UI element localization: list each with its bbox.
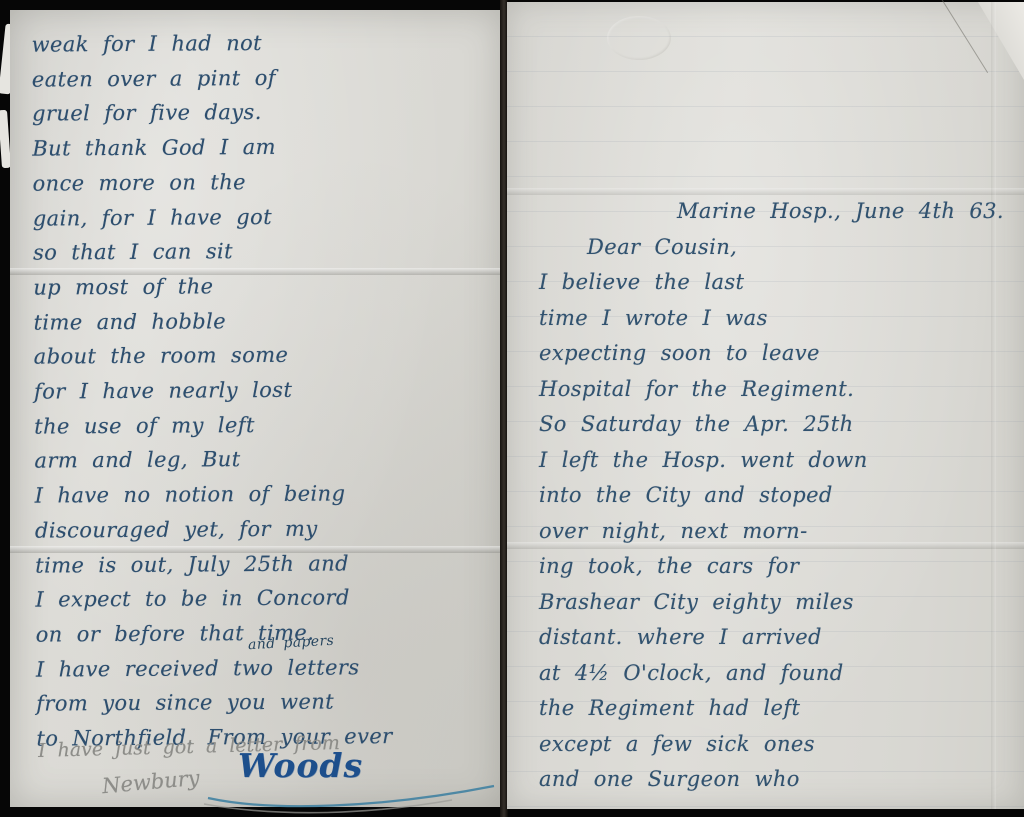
ink-line: arm and leg, But bbox=[34, 441, 490, 479]
ink-line: Brashear City eighty miles bbox=[539, 585, 1010, 621]
ink-line: from you since you went bbox=[36, 684, 492, 722]
ink-line: for I have nearly lost bbox=[34, 371, 490, 409]
letter-dateline: Marine Hosp., June 4th 63. bbox=[539, 194, 1010, 230]
ink-line: I left the Hosp. went down bbox=[539, 443, 1010, 479]
ink-line: time I wrote I was bbox=[539, 301, 1010, 337]
letter-page-left: weak for I had not eaten over a pint of … bbox=[10, 10, 502, 807]
ink-line: ing took, the cars for bbox=[539, 549, 1010, 585]
ink-line: Hospital for the Regiment. bbox=[539, 372, 1010, 408]
ink-line: up most of the bbox=[33, 267, 489, 305]
ink-line: except a few sick ones bbox=[539, 727, 1010, 763]
ink-line: So Saturday the Apr. 25th bbox=[539, 407, 1010, 443]
ink-line: the use of my left bbox=[34, 406, 490, 444]
signature-flourish bbox=[202, 774, 502, 814]
pencil-name: Newbury bbox=[101, 766, 200, 798]
embossed-seal bbox=[607, 16, 671, 60]
ink-line: I expect to be in Concord bbox=[35, 580, 491, 618]
ink-line: eaten over a pint of bbox=[32, 59, 488, 97]
ink-line: at 4½ O'clock, and found bbox=[539, 656, 1010, 692]
ink-line: once more on the bbox=[32, 163, 488, 201]
ink-line: time and hobble bbox=[33, 302, 489, 340]
ink-line: time is out, July 25th and bbox=[35, 545, 491, 583]
ink-line: I have received two letters bbox=[36, 649, 492, 687]
ink-line: weak for I had not bbox=[31, 24, 487, 62]
ink-line: I believe the last bbox=[539, 265, 1010, 301]
ink-line: gain, for I have got bbox=[33, 198, 489, 236]
ink-line: the Regiment had left bbox=[539, 691, 1010, 727]
ink-line: discouraged yet, for my bbox=[35, 510, 491, 548]
letter-page-right: Marine Hosp., June 4th 63. Dear Cousin, … bbox=[507, 2, 1024, 809]
ink-line: so that I can sit bbox=[33, 233, 489, 271]
ink-line: over night, next morn- bbox=[539, 514, 1010, 550]
ink-line: gruel for five days. bbox=[32, 94, 488, 132]
ink-line: about the room some bbox=[34, 337, 490, 375]
ink-line: But thank God I am bbox=[32, 129, 488, 167]
ink-line: into the City and stoped bbox=[539, 478, 1010, 514]
ink-line: I have no notion of being bbox=[35, 476, 491, 514]
right-page-text: Marine Hosp., June 4th 63. Dear Cousin, … bbox=[539, 194, 1010, 798]
ink-line: expecting soon to leave bbox=[539, 336, 1010, 372]
ink-line: and one Surgeon who bbox=[539, 762, 1010, 798]
ink-line: distant. where I arrived bbox=[539, 620, 1010, 656]
signature-block: Woods bbox=[238, 746, 468, 785]
letter-salutation: Dear Cousin, bbox=[539, 230, 1010, 266]
